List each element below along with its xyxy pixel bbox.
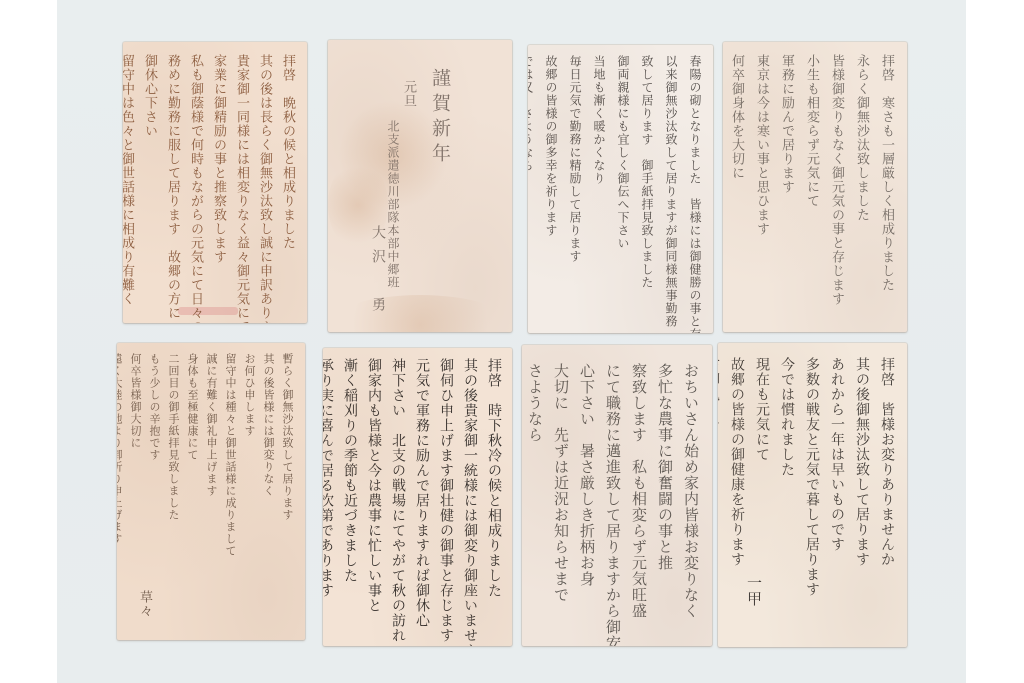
card-text: 拝啓 晩秋の候と相成りました 其の後は長らく御無沙汰致し誠に申訳ありません 貴家… (123, 54, 297, 314)
text-column: 其の後御無沙汰致して居ります (851, 357, 872, 637)
text-column: 留守中は種々と御世話様に成りまして (223, 353, 238, 633)
text-column: 皆様御変りもなく御元気の事と存じます (826, 54, 847, 324)
text-column: 春陽の砌となりました 皆様には御健勝の事と存じます (685, 55, 705, 325)
postcard-7: おちいさん始め家内皆様お変りなく 多忙な農事に御奮闘の事と推 察致します 私も相… (522, 345, 712, 646)
text-column: 何卒御身体を大切に (726, 54, 747, 324)
text-column: 毎日元気で勤務に精励して居ります (565, 55, 585, 325)
text-column: 二回目の御手紙拝見致しました (166, 353, 181, 633)
postcard-3: 春陽の砌となりました 皆様には御健勝の事と存じます 以来御無沙汰致して居りますが… (528, 45, 713, 333)
text-column: お何ひ申します (242, 353, 257, 633)
card-text: 拝啓 時下秋冷の候と相成りました 其の後貴家御一統様には御変り御座いません 御伺… (323, 358, 504, 640)
postcard-4: 拝啓 寒さも一層厳しく相成りました 永らく御無沙汰致しました 皆様御変りもなく御… (723, 42, 907, 332)
text-column: 多数の戦友と元気で暮して居ります (801, 357, 822, 637)
text-column: 東京は今は寒い事と思ひます (751, 54, 772, 324)
date-label: 元旦 (399, 80, 418, 108)
text-column: 御伺ひ申上げます御壮健の御事と存じます (436, 358, 456, 640)
text-column: あれから一年は早いものです (826, 357, 847, 637)
card-text: おちいさん始め家内皆様お変りなく 多忙な農事に御奮闘の事と推 察致します 私も相… (522, 363, 702, 633)
text-column: 以来御無沙汰致して居りますが御同様無事勤務 (661, 55, 681, 325)
text-column: 永らく御無沙汰致しました (851, 54, 872, 324)
text-column: 貴家御一同様には相変りなく益々御元気にて (232, 54, 251, 314)
text-column: 家業に御精励の事と推察致します (209, 54, 228, 314)
text-column: 多忙な農事に御奮闘の事と推 (654, 363, 676, 633)
text-column: 右御礼まで (718, 357, 722, 637)
text-column: 拝啓 寒さも一層厳しく相成りました (876, 54, 897, 324)
greeting-title: 謹賀新年 (427, 68, 454, 168)
text-column: 其の後は長らく御無沙汰致し誠に申訳ありません (255, 54, 274, 314)
text-column: 大切に 先ずは近況お知らせまで (550, 363, 572, 633)
card-text: 春陽の砌となりました 皆様には御健勝の事と存じます 以来御無沙汰致して居りますが… (528, 55, 705, 325)
text-column: 漸く稲刈りの季節も近づきました (340, 358, 360, 640)
text-column: 御休心下さい (140, 54, 159, 314)
text-column: 誠に有難く御礼申上げます (204, 353, 219, 633)
postcard-8: 拝啓 皆様お変りありませんか 其の後御無沙汰致して居ります あれから一年は早いも… (718, 343, 907, 647)
text-column: 遠く大陸の地より御祈り申上げます (117, 353, 124, 633)
text-column: 其の後皆様には御変りなく (261, 353, 276, 633)
text-column: 拝啓 晩秋の候と相成りました (278, 54, 297, 314)
signature: 一甲 (744, 575, 765, 607)
text-column: 察致します 私も相変らず元気旺盛 (628, 363, 650, 633)
text-column: 身体も至極健康にて (185, 353, 200, 633)
text-column: 其の後貴家御一統様には御変り御座いません (460, 358, 480, 640)
postcard-2: 謹賀新年 元旦 北支派遣徳川部隊本部中郷班 大沢 勇 (328, 40, 512, 332)
water-stain (328, 295, 512, 332)
text-column: さようなら (524, 363, 546, 633)
text-column: 元気で軍務に励んで居りますれば御休心 (412, 358, 432, 640)
sender-name: 大沢 勇 (368, 225, 388, 321)
text-column: 軍務に励んで居ります (776, 54, 797, 324)
text-column: 御両親様にも宜しく御伝へ下さい (613, 55, 633, 325)
postcard-1: 拝啓 晩秋の候と相成りました 其の後は長らく御無沙汰致し誠に申訳ありません 貴家… (123, 42, 307, 323)
text-column: 心下さい 暑さ厳しき折柄お身 (576, 363, 598, 633)
text-column: 致して居ります 御手紙拝見致しました (637, 55, 657, 325)
signature: 草々 (135, 590, 154, 618)
text-column: 拝啓 皆様お変りありませんか (876, 357, 897, 637)
text-column: 暫らく御無沙汰致して居ります (280, 353, 295, 633)
text-column: 私も御蔭様で何時もながらの元気にて日々の (186, 54, 205, 314)
card-text: 拝啓 寒さも一層厳しく相成りました 永らく御無沙汰致しました 皆様御変りもなく御… (723, 54, 897, 324)
text-column: 御家内も皆様と今は農事に忙しい事と (364, 358, 384, 640)
text-column: おちいさん始め家内皆様お変りなく (680, 363, 702, 633)
text-column: 小生も相変らず元気にて (801, 54, 822, 324)
postcard-5: 暫らく御無沙汰致して居ります 其の後皆様には御変りなく お何ひ申します 留守中は… (117, 343, 305, 640)
text-column: 神下さい 北支の戦場にてやがて秋の訪れ (388, 358, 408, 640)
text-column: では又 さようなら (528, 55, 537, 325)
text-column: 今では慣れました (776, 357, 797, 637)
text-column: 拝啓 時下秋冷の候と相成りました (484, 358, 504, 640)
text-column: 務めに勤務に服して居ります 故郷の方に (163, 54, 182, 314)
text-column: 当地も漸く暖かくなり (589, 55, 609, 325)
text-column: にて職務に邁進致して居りますから御安 (602, 363, 624, 633)
postcard-6: 拝啓 時下秋冷の候と相成りました 其の後貴家御一統様には御変り御座いません 御伺… (323, 348, 512, 646)
text-column: 承り実に喜んで居る次第であります (323, 358, 336, 640)
text-column: 留守中は色々と御世話様に相成り有難く (123, 54, 136, 314)
text-column: 故郷の皆様の御多幸を祈ります (541, 55, 561, 325)
